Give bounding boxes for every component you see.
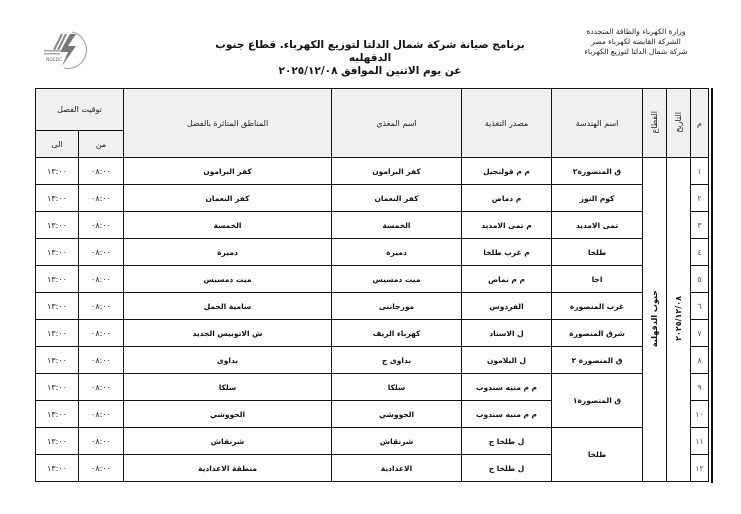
col-header-date: التاريخ: [667, 89, 691, 158]
from-cell: ٠٨:٠٠: [79, 455, 124, 482]
areas-cell: سلكا: [124, 374, 332, 401]
table-row: ١١ طلخا ل طلخا ج شرنقاش شرنقاش ٠٨:٠٠ ١٣:…: [36, 428, 709, 455]
ministry-line: وزارة الكهرباء والطاقة المتجددة: [561, 27, 711, 37]
areas-cell: كفر البرامون: [124, 158, 332, 185]
source-cell: ل طلخا ج: [462, 455, 552, 482]
maintenance-schedule-table: م التاريخ القطاع اسم الهندسة مصدر التغذي…: [35, 88, 709, 482]
to-cell: ١٣:٠٠: [36, 158, 79, 185]
col-header-to: الى: [36, 131, 79, 158]
table-row: ٧ شرق المنصورة ل الاستاد كهرباء الريف ش …: [36, 320, 709, 347]
from-cell: ٠٨:٠٠: [79, 320, 124, 347]
source-cell: ل البلامون: [462, 347, 552, 374]
table-row: ٤ طلخا م غرب طلخا دميرة دميرة ٠٨:٠٠ ١٣:٠…: [36, 239, 709, 266]
company-line: شركة شمال الدلتا لتوزيع الكهرباء: [561, 47, 711, 57]
row-num: ١٢: [691, 455, 709, 482]
table-row: ٨ ق المنصورة ٢ ل البلامون بداوى ج بداوى …: [36, 347, 709, 374]
to-cell: ١٣:٠٠: [36, 266, 79, 293]
engineering-cell: غرب المنصورة: [552, 293, 643, 320]
source-cell: م م منيه سندوب: [462, 374, 552, 401]
table-row: ٢ كوم النور م دماص كفر النعمان كفر النعم…: [36, 185, 709, 212]
table-row: ٣ تمى الامديد م تمى الامديد الخمسة الخمس…: [36, 212, 709, 239]
engineering-cell: ق المنصورة ٢: [552, 347, 643, 374]
engineering-cell: طلخا: [552, 239, 643, 266]
source-cell: ل طلخا ج: [462, 428, 552, 455]
feeder-cell: ميت دمسيس: [332, 266, 462, 293]
engineering-cell: كوم النور: [552, 185, 643, 212]
from-cell: ٠٨:٠٠: [79, 293, 124, 320]
row-num: ٢: [691, 185, 709, 212]
from-cell: ٠٨:٠٠: [79, 401, 124, 428]
col-header-feeder: اسم المغذي: [332, 89, 462, 158]
row-num: ١١: [691, 428, 709, 455]
row-num: ٨: [691, 347, 709, 374]
feeder-cell: دميرة: [332, 239, 462, 266]
engineering-cell: طلخا: [552, 428, 643, 482]
table-row: ٩ ق المنصورة١ م م منيه سندوب سلكا سلكا ٠…: [36, 374, 709, 401]
source-cell: م م نماص: [462, 266, 552, 293]
col-header-num: م: [691, 89, 709, 158]
table-row: ١ ٢٠٢٥/١٢/٠٨ جنوب الدقهلية ق المنصورة٢ م…: [36, 158, 709, 185]
svg-text:NDEDC: NDEDC: [46, 57, 62, 63]
col-header-engineering: اسم الهندسة: [552, 89, 643, 158]
to-cell: ١٣:٠٠: [36, 293, 79, 320]
source-cell: الفردوس: [462, 293, 552, 320]
row-num: ٥: [691, 266, 709, 293]
to-cell: ١٣:٠٠: [36, 428, 79, 455]
organization-header: وزارة الكهرباء والطاقة المتجددة الشركة ا…: [561, 27, 711, 57]
engineering-cell: تمى الامديد: [552, 212, 643, 239]
source-cell: م م قولنجيل: [462, 158, 552, 185]
row-num: ٤: [691, 239, 709, 266]
merged-sector: جنوب الدقهلية: [643, 158, 667, 482]
areas-cell: ش الاتوبيس الجديد: [124, 320, 332, 347]
company-logo-icon: NDEDC: [42, 30, 92, 70]
table-row: ٥ اجا م م نماص ميت دمسيس ميت دمسيس ٠٨:٠٠…: [36, 266, 709, 293]
areas-cell: منطقة الاعدادية: [124, 455, 332, 482]
from-cell: ٠٨:٠٠: [79, 428, 124, 455]
from-cell: ٠٨:٠٠: [79, 158, 124, 185]
merged-date: ٢٠٢٥/١٢/٠٨: [667, 158, 691, 482]
feeder-cell: كهرباء الريف: [332, 320, 462, 347]
row-num: ٧: [691, 320, 709, 347]
feeder-cell: كفر النعمان: [332, 185, 462, 212]
areas-cell: ميت دمسيس: [124, 266, 332, 293]
from-cell: ٠٨:٠٠: [79, 239, 124, 266]
row-num: ٩: [691, 374, 709, 401]
to-cell: ١٣:٠٠: [36, 212, 79, 239]
feeder-cell: سلكا: [332, 374, 462, 401]
document-title: برنامج صيانة شركة شمال الدلتا لتوزيع الك…: [200, 39, 540, 78]
to-cell: ١٣:٠٠: [36, 347, 79, 374]
source-cell: م م منيه سندوب: [462, 401, 552, 428]
feeder-cell: الخمسة: [332, 212, 462, 239]
engineering-cell: ق المنصورة١: [552, 374, 643, 428]
col-header-sector: القطاع: [643, 89, 667, 158]
from-cell: ٠٨:٠٠: [79, 374, 124, 401]
source-cell: م دماص: [462, 185, 552, 212]
table-row: ٦ غرب المنصورة الفردوس مورجانتى سامية ال…: [36, 293, 709, 320]
holding-company-line: الشركة القابضه لكهرباء مصر: [561, 37, 711, 47]
source-cell: ل الاستاد: [462, 320, 552, 347]
source-cell: م تمى الامديد: [462, 212, 552, 239]
engineering-cell: شرق المنصورة: [552, 320, 643, 347]
to-cell: ١٣:٠٠: [36, 185, 79, 212]
areas-cell: دميرة: [124, 239, 332, 266]
from-cell: ٠٨:٠٠: [79, 266, 124, 293]
from-cell: ٠٨:٠٠: [79, 347, 124, 374]
table-double-border: [711, 88, 713, 483]
row-num: ١٠: [691, 401, 709, 428]
feeder-cell: كفر البرامون: [332, 158, 462, 185]
areas-cell: الحووشي: [124, 401, 332, 428]
col-header-time-group: توقيت الفصل: [36, 89, 124, 131]
feeder-cell: شرنقاش: [332, 428, 462, 455]
engineering-cell: اجا: [552, 266, 643, 293]
to-cell: ١٣:٠٠: [36, 401, 79, 428]
feeder-cell: الحووشي: [332, 401, 462, 428]
feeder-cell: بداوى ج: [332, 347, 462, 374]
source-cell: م غرب طلخا: [462, 239, 552, 266]
col-header-from: من: [79, 131, 124, 158]
engineering-cell: ق المنصورة٢: [552, 158, 643, 185]
from-cell: ٠٨:٠٠: [79, 212, 124, 239]
areas-cell: سامية الجمل: [124, 293, 332, 320]
row-num: ١: [691, 158, 709, 185]
col-header-areas: المناطق المتاثرة بالفصل: [124, 89, 332, 158]
col-header-source: مصدر التغذية: [462, 89, 552, 158]
areas-cell: الخمسة: [124, 212, 332, 239]
feeder-cell: الاعدادية: [332, 455, 462, 482]
to-cell: ١٣:٠٠: [36, 455, 79, 482]
from-cell: ٠٨:٠٠: [79, 185, 124, 212]
to-cell: ١٣:٠٠: [36, 239, 79, 266]
areas-cell: بداوى: [124, 347, 332, 374]
feeder-cell: مورجانتى: [332, 293, 462, 320]
areas-cell: شرنقاش: [124, 428, 332, 455]
row-num: ٣: [691, 212, 709, 239]
to-cell: ١٣:٠٠: [36, 320, 79, 347]
title-line-2: عن يوم الاثنين الموافق ٢٠٢٥/١٢/٠٨: [200, 65, 540, 78]
row-num: ٦: [691, 293, 709, 320]
to-cell: ١٣:٠٠: [36, 374, 79, 401]
title-line-1: برنامج صيانة شركة شمال الدلتا لتوزيع الك…: [200, 39, 540, 65]
areas-cell: كفر النعمان: [124, 185, 332, 212]
